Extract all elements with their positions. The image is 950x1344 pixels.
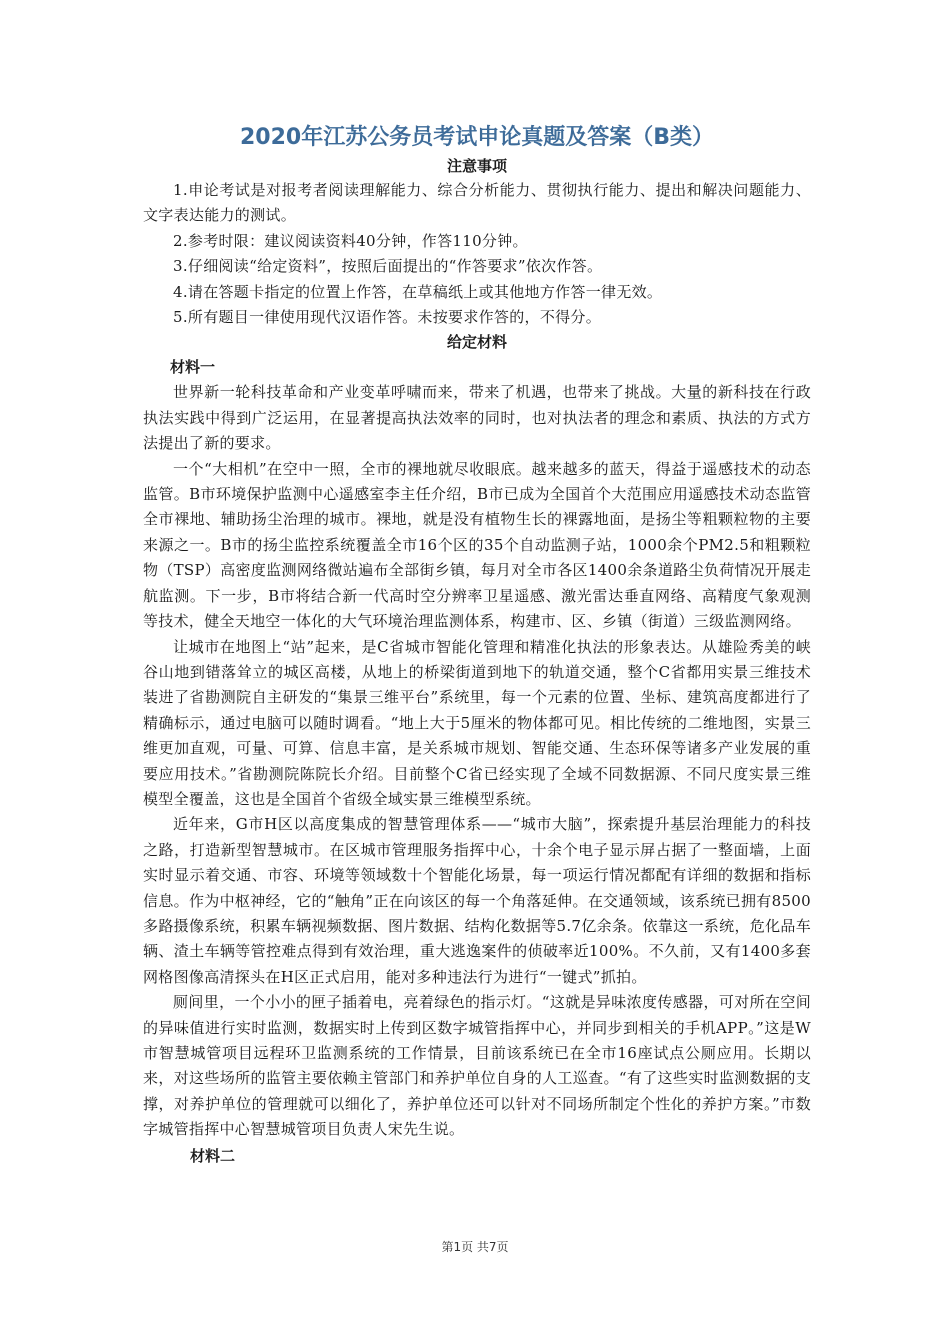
notice-item: 3.仔细阅读“给定资料”，按照后面提出的“作答要求”依次作答。 — [143, 254, 811, 279]
notice-item: 1.申论考试是对报考者阅读理解能力、综合分析能力、贯彻执行能力、提出和解决问题能… — [143, 178, 811, 229]
material-two-label: 材料二 — [143, 1143, 811, 1169]
material-paragraph: 世界新一轮科技革命和产业变革呼啸而来，带来了机遇，也带来了挑战。大量的新科技在行… — [143, 380, 811, 456]
page-footer: 第1页 共7页 — [0, 1238, 950, 1255]
document-page: 2020年江苏公务员考试申论真题及答案（B类） 注意事项 1.申论考试是对报考者… — [143, 122, 811, 1169]
document-title: 2020年江苏公务员考试申论真题及答案（B类） — [143, 122, 811, 154]
material-paragraph: 近年来，G市H区以高度集成的智慧管理体系——“城市大脑”，探索提升基层治理能力的… — [143, 812, 811, 990]
material-one-label: 材料一 — [143, 354, 811, 380]
material-paragraph: 厕间里，一个小小的匣子插着电，亮着绿色的指示灯。“这就是异味浓度传感器，可对所在… — [143, 990, 811, 1142]
material-paragraph: 一个“大相机”在空中一照，全市的裸地就尽收眼底。越来越多的蓝天，得益于遥感技术的… — [143, 457, 811, 635]
notice-item: 5.所有题目一律使用现代汉语作答。未按要求作答的，不得分。 — [143, 305, 811, 330]
notice-item: 4.请在答题卡指定的位置上作答，在草稿纸上或其他地方作答一律无效。 — [143, 280, 811, 305]
material-paragraph: 让城市在地图上“站”起来，是C省城市智能化管理和精准化执法的形象表达。从雄险秀美… — [143, 635, 811, 813]
notice-list: 1.申论考试是对报考者阅读理解能力、综合分析能力、贯彻执行能力、提出和解决问题能… — [143, 178, 811, 330]
materials-heading: 给定材料 — [143, 330, 811, 354]
notice-item: 2.参考时限：建议阅读资料40分钟，作答110分钟。 — [143, 229, 811, 254]
notice-heading: 注意事项 — [143, 154, 811, 178]
material-one-body: 世界新一轮科技革命和产业变革呼啸而来，带来了机遇，也带来了挑战。大量的新科技在行… — [143, 380, 811, 1142]
